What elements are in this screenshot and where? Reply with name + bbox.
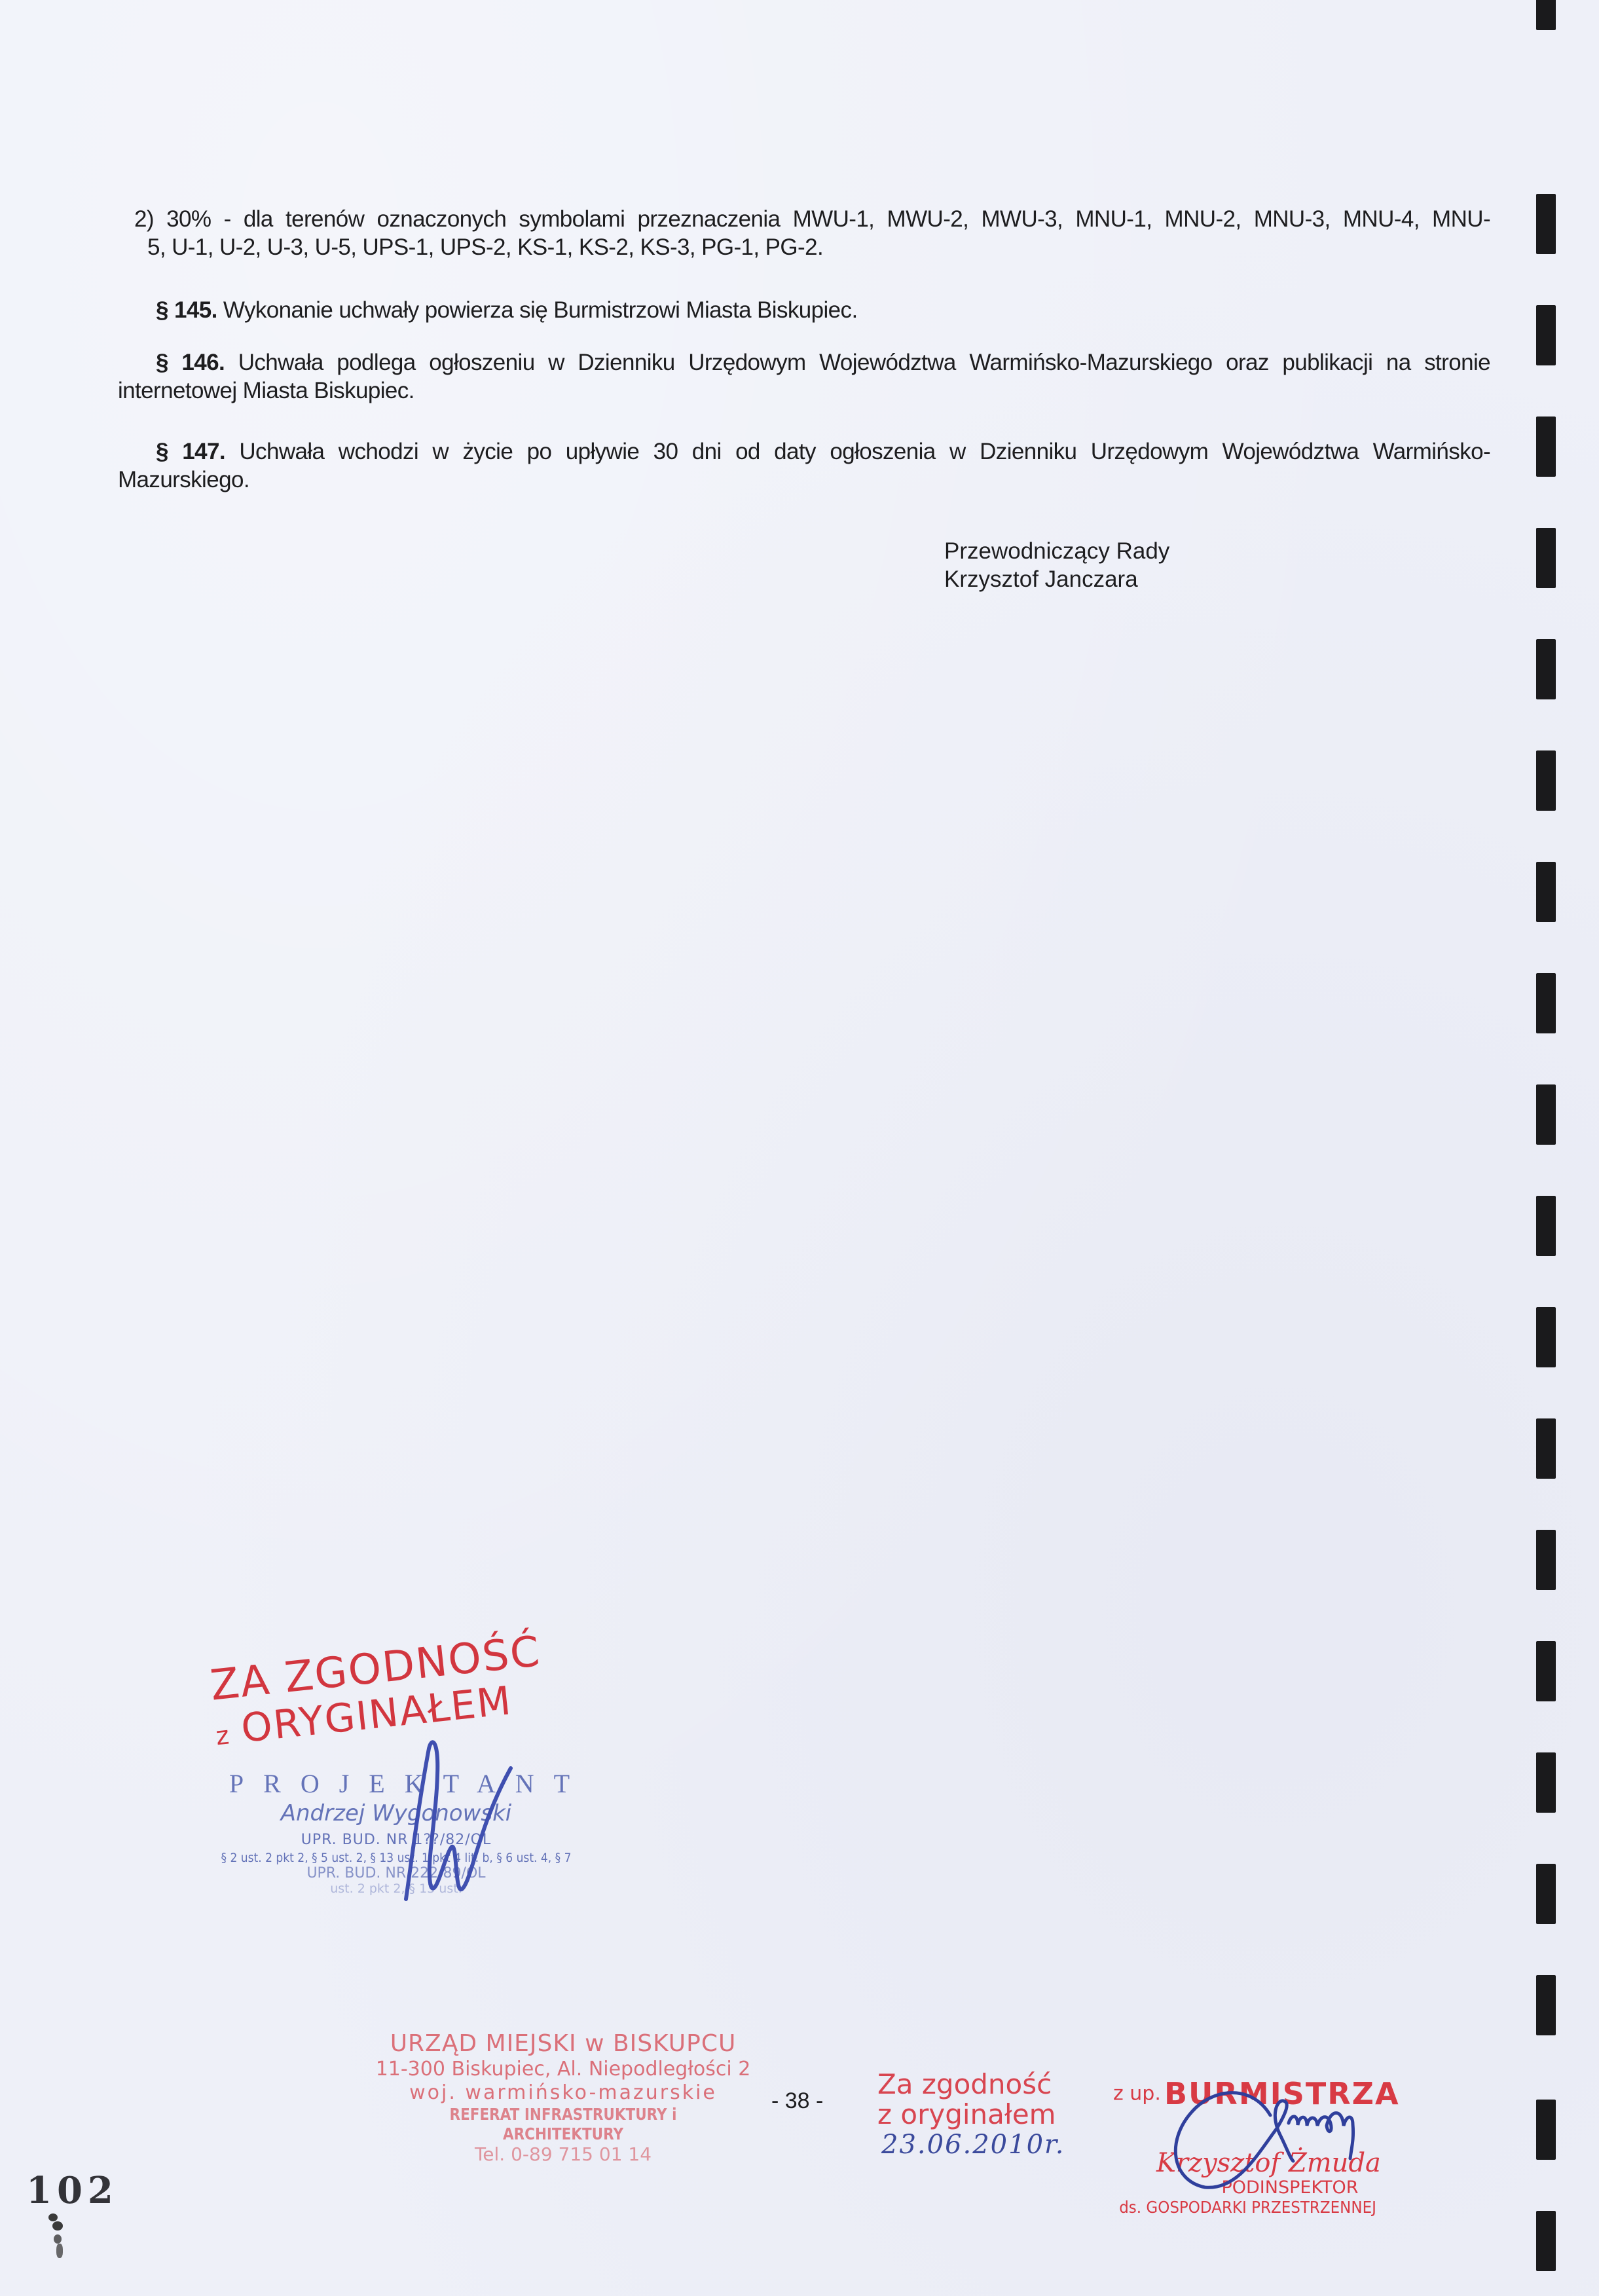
edge-marker (1536, 194, 1556, 254)
paragraph-147: § 147. Uchwała wchodzi w życie po upływi… (118, 437, 1490, 494)
edge-marker (1536, 0, 1556, 30)
paragraph-text: Uchwała wchodzi w życie po upływie 30 dn… (225, 439, 1490, 464)
stamp-line: 11-300 Biskupiec, Al. Niepodległości 2 (367, 2058, 760, 2081)
stamp-line-prefix: z (214, 1720, 231, 1750)
conformity-stamp: Za zgodność z oryginałem 23.06.2010r. (877, 2069, 1065, 2160)
paragraph-line: internetowej Miasta Biskupiec. (118, 377, 1490, 405)
stamp-title: BURMISTRZA (1164, 2076, 1400, 2111)
stamp-law-reference: § 2 ust. 2 pkt 2, § 5 ust. 2, § 13 ust. … (219, 1851, 573, 1865)
edge-marker (1536, 1196, 1556, 1256)
paper-background (0, 0, 1599, 2296)
paragraph-146: § 146. Uchwała podlega ogłoszeniu w Dzie… (118, 348, 1490, 405)
paragraph-number: § 147. (156, 439, 225, 464)
paragraph-text: Uchwała podlega ogłoszeniu w Dzienniku U… (225, 350, 1490, 375)
certified-copy-stamp: ZA ZGODNOŚĆ zORYGINAŁEM (208, 1629, 548, 1759)
edge-marker (1536, 417, 1556, 477)
edge-marker (1536, 2211, 1556, 2271)
stamp-line: z oryginałem (877, 2100, 1065, 2130)
stamp-label: PROJEKTANT (200, 1768, 593, 1799)
edge-marker (1536, 1530, 1556, 1590)
edge-marker (1536, 1307, 1556, 1367)
stamp-name: Krzysztof Żmuda (1113, 2148, 1427, 2178)
stamp-prefix: z up. (1113, 2083, 1161, 2105)
paragraph-line: Mazurskiego. (118, 466, 1490, 494)
paragraph-text: Wykonanie uchwały powierza się Burmistrz… (217, 297, 858, 323)
signatory-name: Krzysztof Janczara (944, 565, 1169, 593)
mayor-proxy-stamp: z up. BURMISTRZA Krzysztof Żmuda PODINSP… (1113, 2076, 1427, 2217)
edge-marker (1536, 639, 1556, 699)
stamp-line: REFERAT INFRASTRUKTURY i ARCHITEKTURY (394, 2105, 732, 2144)
archive-number: 102 (26, 2169, 119, 2212)
page-number: - 38 - (771, 2088, 823, 2114)
edge-marker (1536, 973, 1556, 1033)
stamp-department: ds. GOSPODARKI PRZESTRZENNEJ (1113, 2198, 1403, 2217)
municipal-office-stamp: URZĄD MIEJSKI w BISKUPCU 11-300 Biskupie… (367, 2030, 760, 2165)
signature-block: Przewodniczący Rady Krzysztof Janczara (944, 537, 1169, 593)
edge-marker (1536, 1975, 1556, 2035)
edge-marker (1536, 528, 1556, 588)
edge-marker (1536, 862, 1556, 922)
edge-marker (1536, 1084, 1556, 1145)
list-item-2: 2) 30% - dla terenów oznaczonych symbola… (118, 205, 1490, 261)
edge-marker (1536, 750, 1556, 811)
stamp-line: URZĄD MIEJSKI w BISKUPCU (367, 2030, 760, 2058)
paragraph-line: 2) 30% - dla terenów oznaczonych symbola… (118, 205, 1490, 233)
signatory-title: Przewodniczący Rady (944, 537, 1169, 565)
stamp-law-reference: ust. 2 pkt 2, § 13 ust. (200, 1881, 593, 1896)
designer-stamp: PROJEKTANT Andrzej Wygonowski UPR. BUD. … (200, 1768, 593, 1896)
edge-marker (1536, 1864, 1556, 1924)
ink-blot (46, 2213, 65, 2261)
paragraph-number: § 145. (156, 297, 217, 323)
stamp-line: woj. warmińsko-mazurskie (367, 2081, 760, 2105)
edge-marker (1536, 2100, 1556, 2160)
edge-marker (1536, 305, 1556, 365)
handwritten-date: 23.06.2010r. (881, 2130, 1065, 2160)
stamp-position: PODINSPEKTOR (1113, 2178, 1427, 2198)
edge-marker (1536, 1641, 1556, 1701)
stamp-name: Andrzej Wygonowski (200, 1800, 593, 1826)
edge-marker (1536, 1752, 1556, 1813)
scan-edge-markers (1536, 0, 1558, 2296)
stamp-line: Tel. 0-89 715 01 14 (367, 2144, 760, 2165)
paragraph-line: 5, U-1, U-2, U-3, U-5, UPS-1, UPS-2, KS-… (118, 233, 1490, 261)
paragraph-145: § 145. Wykonanie uchwały powierza się Bu… (118, 296, 1490, 324)
stamp-line: Za zgodność (877, 2069, 1065, 2100)
stamp-license: UPR. BUD. NR 222/89/OL (200, 1865, 593, 1881)
paragraph-number: § 146. (156, 350, 225, 375)
edge-marker (1536, 1418, 1556, 1479)
stamp-license: UPR. BUD. NR 1??/82/OL (200, 1832, 593, 1848)
